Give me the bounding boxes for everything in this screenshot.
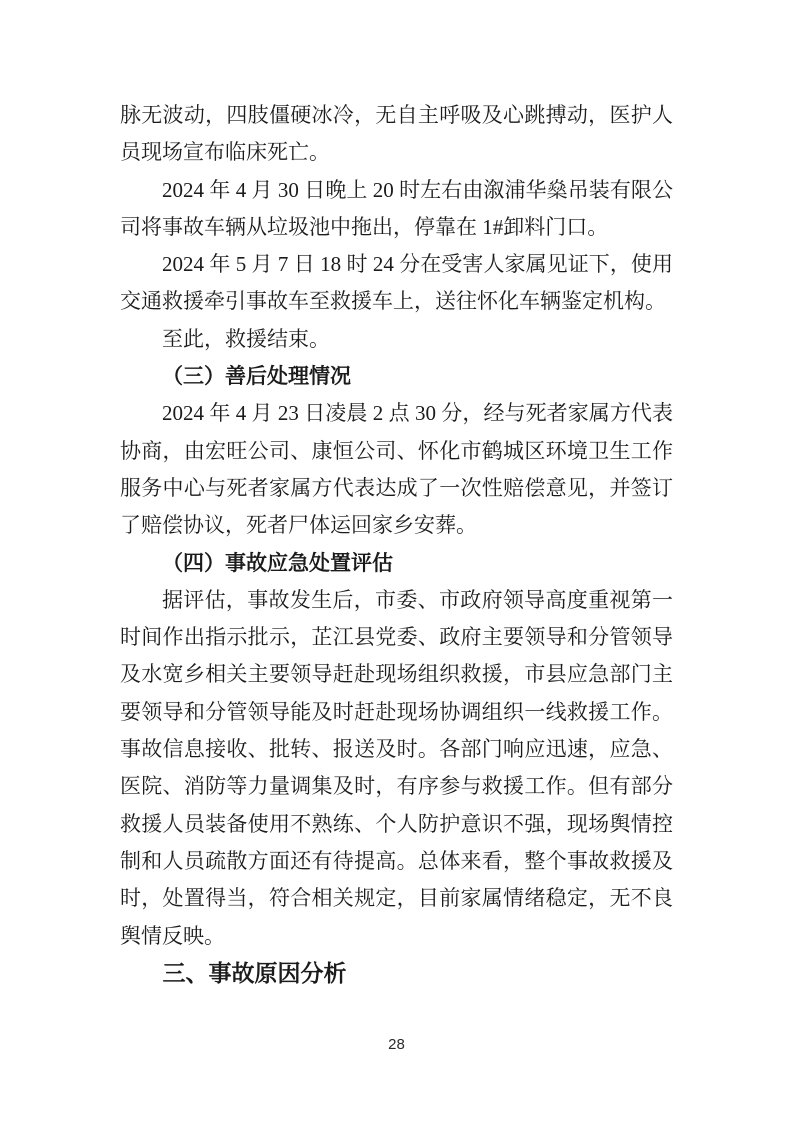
paragraph: 据评估，事故发生后，市委、市政府领导高度重视第一时间作出指示批示，芷江县党委、政… [120,582,673,955]
paragraph: 2024 年 4 月 30 日晚上 20 时左右由溆浦华燊吊装有限公司将事故车辆… [120,172,673,247]
document-body: 脉无波动，四肢僵硬冰冷，无自主呼吸及心跳搏动，医护人员现场宣布临床死亡。2024… [120,97,673,992]
section-heading: （三）善后处理情况 [120,358,673,395]
section-heading: （四）事故应急处置评估 [120,545,673,582]
paragraph: 2024 年 5 月 7 日 18 时 24 分在受害人家属见证下，使用交通救援… [120,246,673,321]
page-number: 28 [0,1036,793,1053]
paragraph: 脉无波动，四肢僵硬冰冷，无自主呼吸及心跳搏动，医护人员现场宣布临床死亡。 [120,97,673,172]
paragraph: 至此，救援结束。 [120,321,673,358]
document-page: 脉无波动，四肢僵硬冰冷，无自主呼吸及心跳搏动，医护人员现场宣布临床死亡。2024… [0,0,793,1122]
paragraph: 2024 年 4 月 23 日凌晨 2 点 30 分，经与死者家属方代表协商，由… [120,395,673,544]
section-heading: 三、事故原因分析 [120,955,673,992]
